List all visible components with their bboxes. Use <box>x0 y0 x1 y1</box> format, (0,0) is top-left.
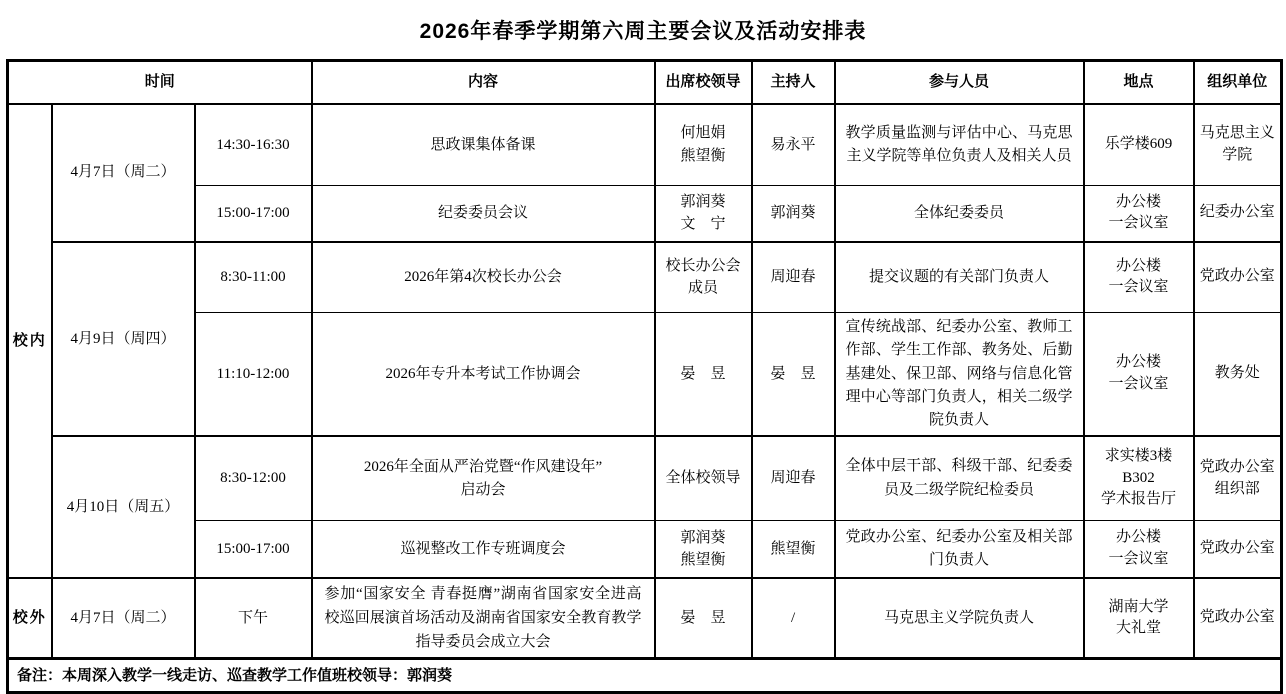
cell-leaders: 晏 昱 <box>655 313 752 437</box>
col-header-location: 地点 <box>1084 61 1194 104</box>
cell-date: 4月7日（周二） <box>52 104 195 242</box>
cell-time: 15:00-17:00 <box>195 520 312 578</box>
cell-location: 办公楼 一会议室 <box>1084 242 1194 313</box>
cell-time: 15:00-17:00 <box>195 186 312 242</box>
cell-leaders: 校长办公会 成员 <box>655 242 752 313</box>
cell-leaders: 何旭娟 熊望衡 <box>655 104 752 186</box>
cell-organizer: 党政办公室 组织部 <box>1194 436 1282 520</box>
page-title: 2026年春季学期第六周主要会议及活动安排表 <box>420 15 867 45</box>
cell-content: 思政课集体备课 <box>312 104 655 186</box>
cell-host: 熊望衡 <box>752 520 835 578</box>
cell-content: 2026年专升本考试工作协调会 <box>312 313 655 437</box>
table-row: 11:10-12:00 2026年专升本考试工作协调会 晏 昱 晏 昱 宣传统战… <box>8 313 1282 437</box>
cell-organizer: 党政办公室 <box>1194 520 1282 578</box>
cell-location: 乐学楼609 <box>1084 104 1194 186</box>
cell-participants: 全体纪委委员 <box>835 186 1084 242</box>
cell-host: 周迎春 <box>752 436 835 520</box>
cell-content: 2026年第4次校长办公会 <box>312 242 655 313</box>
cell-leaders: 全体校领导 <box>655 436 752 520</box>
cell-participants: 教学质量监测与评估中心、马克思主义学院等单位负责人及相关人员 <box>835 104 1084 186</box>
header-row: 时间 内容 出席校领导 主持人 参与人员 地点 组织单位 <box>8 61 1282 104</box>
cell-location: 办公楼 一会议室 <box>1084 313 1194 437</box>
cell-date: 4月10日（周五） <box>52 436 195 578</box>
remark-row: 备注：本周深入教学一线走访、巡查教学工作值班校领导：郭润葵 <box>8 659 1282 693</box>
cell-organizer: 教务处 <box>1194 313 1282 437</box>
cell-host: 晏 昱 <box>752 313 835 437</box>
cell-location: 湖南大学 大礼堂 <box>1084 578 1194 659</box>
cell-content: 巡视整改工作专班调度会 <box>312 520 655 578</box>
cell-host: 周迎春 <box>752 242 835 313</box>
cell-leaders: 晏 昱 <box>655 578 752 659</box>
cell-leaders: 郭润葵 文 宁 <box>655 186 752 242</box>
cell-participants: 宣传统战部、纪委办公室、教师工作部、学生工作部、教务处、后勤基建处、保卫部、网络… <box>835 313 1084 437</box>
cell-participants: 提交议题的有关部门负责人 <box>835 242 1084 313</box>
col-header-content: 内容 <box>312 61 655 104</box>
schedule-page: 2026年春季学期第六周主要会议及活动安排表 时间 内容 出席校领导 主持人 参… <box>0 0 1286 691</box>
cell-host: / <box>752 578 835 659</box>
cell-organizer: 纪委办公室 <box>1194 186 1282 242</box>
cell-time: 下午 <box>195 578 312 659</box>
col-header-leaders: 出席校领导 <box>655 61 752 104</box>
cell-participants: 马克思主义学院负责人 <box>835 578 1084 659</box>
title-bar: 2026年春季学期第六周主要会议及活动安排表 <box>6 0 1280 59</box>
cell-host: 郭润葵 <box>752 186 835 242</box>
table-row: 4月10日（周五） 8:30-12:00 2026年全面从严治党暨“作风建设年”… <box>8 436 1282 520</box>
cell-participants: 全体中层干部、科级干部、纪委委员及二级学院纪检委员 <box>835 436 1084 520</box>
col-header-time: 时间 <box>8 61 312 104</box>
cell-date: 4月9日（周四） <box>52 242 195 437</box>
table-row: 4月9日（周四） 8:30-11:00 2026年第4次校长办公会 校长办公会 … <box>8 242 1282 313</box>
table-row: 15:00-17:00 巡视整改工作专班调度会 郭润葵 熊望衡 熊望衡 党政办公… <box>8 520 1282 578</box>
cell-content: 参加“国家安全 青春挺膺”湖南省国家安全进高校巡回展演首场活动及湖南省国家安全教… <box>312 578 655 659</box>
cell-organizer: 马克思主义 学院 <box>1194 104 1282 186</box>
cell-location: 办公楼 一会议室 <box>1084 186 1194 242</box>
table-row: 15:00-17:00 纪委委员会议 郭润葵 文 宁 郭润葵 全体纪委委员 办公… <box>8 186 1282 242</box>
cell-time: 11:10-12:00 <box>195 313 312 437</box>
cell-organizer: 党政办公室 <box>1194 578 1282 659</box>
cell-content: 纪委委员会议 <box>312 186 655 242</box>
schedule-table: 时间 内容 出席校领导 主持人 参与人员 地点 组织单位 校内 4月7日（周二）… <box>6 59 1283 694</box>
cell-time: 14:30-16:30 <box>195 104 312 186</box>
cell-location: 办公楼 一会议室 <box>1084 520 1194 578</box>
cell-organizer: 党政办公室 <box>1194 242 1282 313</box>
cell-location: 求实楼3楼 B302 学术报告厅 <box>1084 436 1194 520</box>
cell-leaders: 郭润葵 熊望衡 <box>655 520 752 578</box>
col-header-participants: 参与人员 <box>835 61 1084 104</box>
cell-participants: 党政办公室、纪委办公室及相关部门负责人 <box>835 520 1084 578</box>
category-inside: 校内 <box>8 104 52 579</box>
col-header-organizer: 组织单位 <box>1194 61 1282 104</box>
category-outside: 校外 <box>8 578 52 659</box>
cell-host: 易永平 <box>752 104 835 186</box>
remark-note: 备注：本周深入教学一线走访、巡查教学工作值班校领导：郭润葵 <box>8 659 1282 693</box>
table-row: 校外 4月7日（周二） 下午 参加“国家安全 青春挺膺”湖南省国家安全进高校巡回… <box>8 578 1282 659</box>
table-row: 校内 4月7日（周二） 14:30-16:30 思政课集体备课 何旭娟 熊望衡 … <box>8 104 1282 186</box>
col-header-host: 主持人 <box>752 61 835 104</box>
cell-date: 4月7日（周二） <box>52 578 195 659</box>
cell-content: 2026年全面从严治党暨“作风建设年” 启动会 <box>312 436 655 520</box>
cell-time: 8:30-12:00 <box>195 436 312 520</box>
cell-time: 8:30-11:00 <box>195 242 312 313</box>
